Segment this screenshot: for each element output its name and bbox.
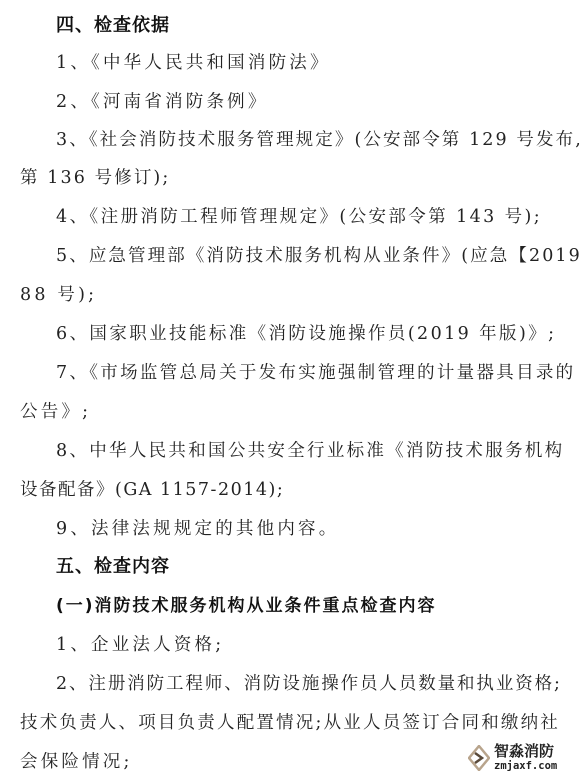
section-heading-basis: 四、检查依据 (56, 14, 170, 38)
document-page: 四、检查依据 1、《中华人民共和国消防法》 2、《河南省消防条例》 3、《社会消… (0, 0, 580, 778)
content-item-1: 1、企业法人资格; (56, 633, 224, 657)
content-item-2-cont-1: 技术负责人、项目负责人配置情况;从业人员签订合同和缴纳社 (20, 711, 560, 735)
basis-item-6: 6、国家职业技能标准《消防设施操作员(2019 年版)》; (56, 322, 556, 346)
basis-item-8-cont: 设备配备》(GA 1157-2014); (20, 478, 284, 502)
basis-item-2: 2、《河南省消防条例》 (56, 90, 269, 114)
basis-item-5: 5、应急管理部《消防技术服务机构从业条件》(应急【2019】 (56, 244, 580, 268)
watermark-text: 智淼消防 zmjaxf.com (494, 744, 557, 772)
basis-item-8: 8、中华人民共和国公共安全行业标准《消防技术服务机构 (56, 439, 564, 463)
basis-item-9: 9、法律法规规定的其他内容。 (56, 517, 339, 541)
basis-item-7: 7、《市场监管总局关于发布实施强制管理的计量器具目录的 (56, 361, 575, 385)
content-item-2-cont-2: 会保险情况; (20, 750, 133, 774)
diamond-chevron-logo-icon (468, 745, 490, 771)
subsection-heading-conditions: (一)消防技术服务机构从业条件重点检查内容 (56, 594, 437, 618)
basis-item-3: 3、《社会消防技术服务管理规定》(公安部令第 129 号发布, (56, 128, 580, 152)
basis-item-5-cont: 88 号); (20, 283, 97, 307)
section-heading-content: 五、检查内容 (56, 555, 170, 579)
basis-item-3-cont: 第 136 号修订); (20, 166, 170, 190)
content-item-2: 2、注册消防工程师、消防设施操作员人员数量和执业资格; (56, 672, 562, 696)
basis-item-1: 1、《中华人民共和国消防法》 (56, 51, 331, 75)
watermark: 智淼消防 zmjaxf.com (468, 740, 578, 776)
basis-item-4: 4、《注册消防工程师管理规定》(公安部令第 143 号); (56, 205, 542, 229)
watermark-brand-name: 智淼消防 (494, 744, 557, 759)
basis-item-7-cont: 公告》; (20, 400, 91, 424)
watermark-url: zmjaxf.com (494, 761, 557, 772)
